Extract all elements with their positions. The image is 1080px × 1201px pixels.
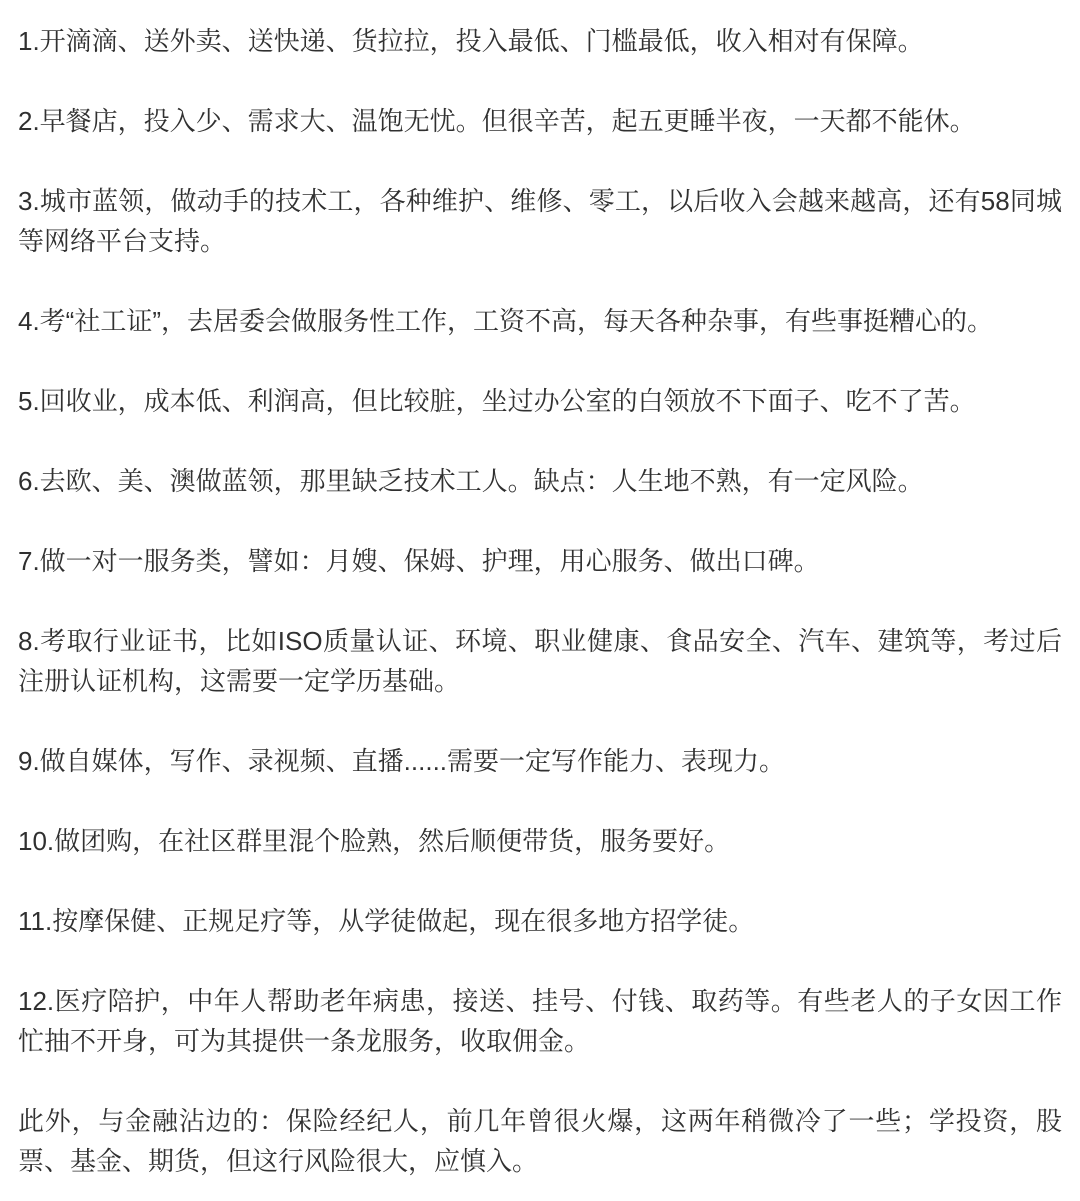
paragraph-item-10: 10.做团购，在社区群里混个脸熟，然后顺便带货，服务要好。 [18, 821, 1062, 861]
paragraph-item-11: 11.按摩保健、正规足疗等，从学徒做起，现在很多地方招学徒。 [18, 901, 1062, 941]
paragraph-item-7: 7.做一对一服务类，譬如：月嫂、保姆、护理，用心服务、做出口碑。 [18, 541, 1062, 581]
paragraph-item-8: 8.考取行业证书，比如ISO质量认证、环境、职业健康、食品安全、汽车、建筑等，考… [18, 621, 1062, 701]
article-page: 1.开滴滴、送外卖、送快递、货拉拉，投入最低、门槛最低，收入相对有保障。 2.早… [0, 0, 1080, 1201]
paragraph-item-6: 6.去欧、美、澳做蓝领，那里缺乏技术工人。缺点：人生地不熟，有一定风险。 [18, 461, 1062, 501]
paragraph-item-2: 2.早餐店，投入少、需求大、温饱无忧。但很辛苦，起五更睡半夜，一天都不能休。 [18, 101, 1062, 141]
paragraph-item-9: 9.做自媒体，写作、录视频、直播......需要一定写作能力、表现力。 [18, 741, 1062, 781]
paragraph-item-1: 1.开滴滴、送外卖、送快递、货拉拉，投入最低、门槛最低，收入相对有保障。 [18, 21, 1062, 61]
paragraph-item-4: 4.考“社工证”，去居委会做服务性工作，工资不高，每天各种杂事，有些事挺糟心的。 [18, 301, 1062, 341]
paragraph-item-3: 3.城市蓝领，做动手的技术工，各种维护、维修、零工，以后收入会越来越高，还有58… [18, 181, 1062, 261]
paragraph-item-12: 12.医疗陪护，中年人帮助老年病患，接送、挂号、付钱、取药等。有些老人的子女因工… [18, 981, 1062, 1061]
paragraph-closing: 此外，与金融沾边的：保险经纪人，前几年曾很火爆，这两年稍微冷了一些；学投资，股票… [18, 1101, 1062, 1181]
paragraph-item-5: 5.回收业，成本低、利润高，但比较脏，坐过办公室的白领放不下面子、吃不了苦。 [18, 381, 1062, 421]
